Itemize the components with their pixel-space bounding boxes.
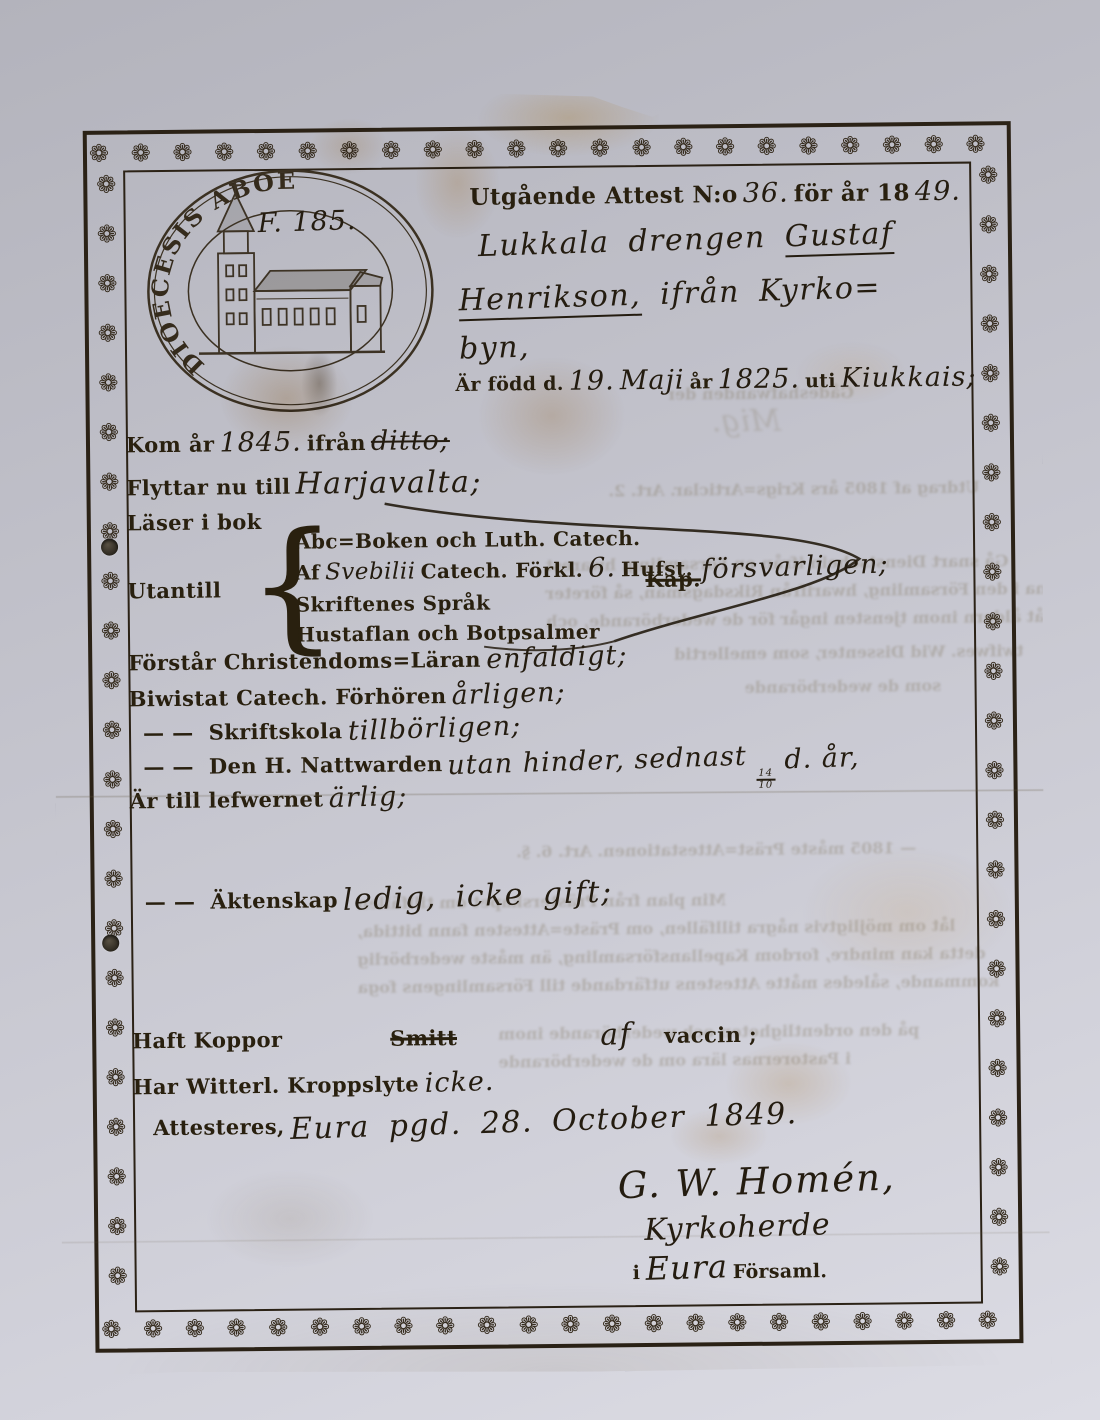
parish-suffix-label: Församl. (733, 1260, 828, 1283)
examinations-grade-handwritten: årligen; (451, 677, 566, 712)
punch-hole (101, 539, 118, 556)
book2-chapters-handwritten: 6. (588, 552, 616, 583)
signature-name: G. W. Homén, (617, 1156, 896, 1208)
attest-year-label: för år 18 (794, 179, 910, 207)
ditto-dashes: — — (143, 754, 194, 780)
marriage-label: Äktenskap (210, 887, 338, 913)
arrival-line: Kom år 1845. ifrån ditto; (126, 425, 450, 459)
marriage-status-handwritten: ledig, icke gift; (342, 875, 613, 918)
doctrine-grade-handwritten: enfaldigt; (485, 640, 627, 675)
recipient-first-name: Gustaf (784, 216, 894, 257)
attest-number-handwritten: 36. (743, 177, 789, 208)
attest-title-label: Utgående Attest N:o (469, 181, 738, 211)
seal-archive-annotation: F. 185. (257, 205, 357, 239)
had-smallpox-label: Haft Koppor (132, 1027, 282, 1054)
kap-label-struck: Kap. (645, 566, 701, 592)
moving-line: Flyttar nu till Harjavalta; (126, 465, 482, 504)
attest-year-handwritten: 49. (915, 176, 961, 207)
attest-header-line: Utgående Attest N:o 36. för år 18 49. (469, 176, 961, 212)
photograph-of-document: Gådeshafwanden der Mig. Utdrag af 1805 å… (0, 0, 1100, 1420)
destination-handwritten: Harjavalta; (295, 465, 482, 502)
signature-title: Kyrkoherde (644, 1207, 831, 1248)
defect-answer-handwritten: icke. (424, 1066, 495, 1099)
ditto-dashes: — — (145, 889, 196, 915)
book2-author-handwritten: Svebilii (325, 558, 416, 585)
birth-line: Är född d. 19. Maji år 1825. uti Kiukkai… (455, 362, 976, 398)
parish-name-handwritten: Eura (645, 1247, 728, 1288)
birth-parish-handwritten: Kiukkais; (841, 362, 977, 394)
confirmation-grade-handwritten: tillbörligen; (347, 710, 521, 746)
reads-in-book-label: Läser i bok (127, 509, 262, 535)
understands-doctrine-label: Förstår Christendoms=Läran (128, 647, 481, 676)
diocese-seal: DIOECESIS ABOENSIS. MAGNI PRINC: FINL. (141, 159, 440, 422)
conduct-grade-handwritten: ärlig; (328, 781, 408, 814)
book2-prefix: Af (295, 560, 320, 584)
birth-day-handwritten: 19. (569, 365, 615, 396)
fraction-month: 10 (756, 781, 775, 791)
conduct-line: Är till lefwernet ärlig; (130, 782, 408, 816)
birth-month-handwritten: Maji (620, 365, 685, 397)
church-engraving: DIOECESIS ABOENSIS. MAGNI PRINC: FINL. (141, 159, 440, 422)
moves-to-label: Flyttar nu till (126, 474, 290, 501)
ditto-dashes: — — (143, 720, 194, 746)
birth-year-handwritten: 1825. (718, 363, 801, 395)
smitt-label-struck: Smitt (390, 1025, 457, 1051)
communion-year-handwritten: d. år, (783, 742, 859, 775)
arrival-place-handwritten: ditto; (371, 425, 450, 457)
attended-examinations-label: Biwistat Catech. Förhören (129, 683, 447, 711)
marriage-line: — — Äktenskap ledig, icke gift; (145, 877, 613, 917)
confirmation-school-label: Skriftskola (208, 718, 342, 744)
known-defect-label: Har Witterl. Kroppslyte (133, 1071, 420, 1099)
book-item-abc: Abc=Boken och Luth. Catech. (295, 522, 715, 556)
attested-label: Attesteres, (153, 1114, 285, 1140)
christendom-line: Förstår Christendoms=Läran enfaldigt; (128, 641, 627, 677)
born-label: Är född d. (455, 373, 564, 396)
year-label: år (690, 371, 713, 393)
by-handwritten: af (600, 1017, 633, 1053)
utantill-label: Utantill (127, 577, 221, 603)
arrival-year-handwritten: 1845. (219, 427, 302, 459)
vaccine-label: vaccin ; (664, 1022, 757, 1048)
recipient-line-3: byn, (458, 329, 530, 366)
in-parish-label: i (633, 1262, 641, 1284)
from-label: ifrån (307, 430, 366, 456)
communion-date-fraction: 1410 (756, 769, 775, 791)
attestation-line: Attesteres, Eura pgd. 28. October 1849. (153, 1101, 798, 1143)
communion-note-handwritten: utan hinder, sednast (447, 741, 747, 781)
catech-exam-line: Biwistat Catech. Förhören årligen; (128, 678, 565, 714)
in-label: uti (805, 370, 836, 392)
conduct-label: Är till lefwernet (130, 786, 324, 813)
certificate-paper: Gådeshafwanden der Mig. Utdrag af 1805 å… (48, 81, 1051, 1377)
holy-communion-label: Den H. Nattwarden (209, 751, 443, 778)
came-year-label: Kom år (126, 431, 215, 457)
reading-grade-handwritten: försvarligen; (701, 548, 889, 585)
recipient-surname: Henrikson, (458, 278, 642, 322)
skriftskola-line: — — Skriftskola tillbörligen; (143, 712, 521, 747)
signature-parish-line: i Eura Församl. (632, 1247, 827, 1287)
book2-mid: Catech. Förkl. (420, 558, 583, 584)
body-defect-line: Har Witterl. Kroppslyte icke. (133, 1067, 494, 1102)
punch-hole (102, 935, 119, 952)
